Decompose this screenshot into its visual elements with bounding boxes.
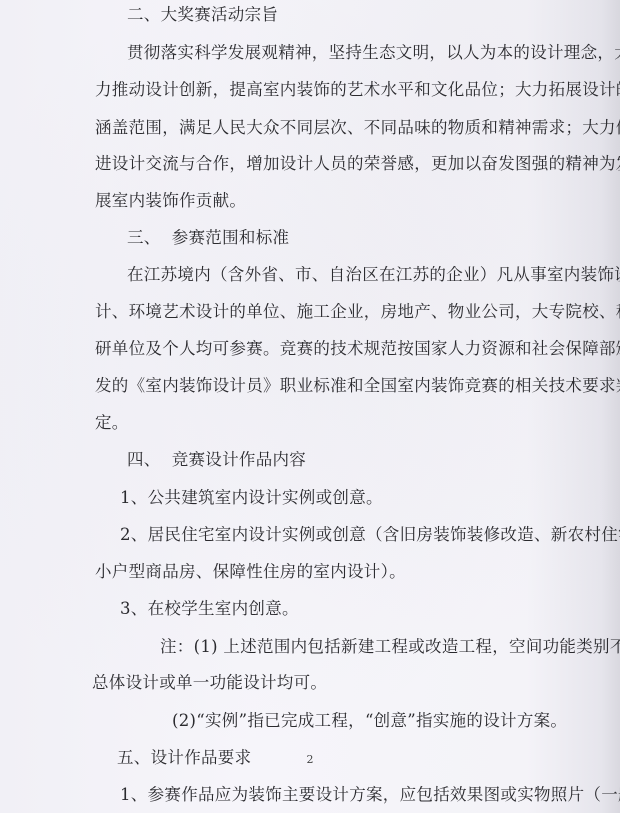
list-item-2: 2、居民住宅室内设计实例或创意（含旧房装饰装修改造、新农村住宅、 <box>120 524 620 546</box>
section-heading-3: 三、 参赛范围和标准 <box>127 227 289 249</box>
paragraph-line: 定。 <box>95 412 129 434</box>
section-heading-2: 二、大奖赛活动宗旨 <box>127 4 278 26</box>
paragraph-line: 研单位及个人均可参赛。竞赛的技术规范按国家人力资源和社会保障部颁 <box>95 338 620 360</box>
document-page: 二、大奖赛活动宗旨 贯彻落实科学发展观精神，坚持生态文明，以人为本的设计理念，大… <box>0 0 620 813</box>
paragraph-line: 贯彻落实科学发展观精神，坚持生态文明，以人为本的设计理念，大 <box>127 42 620 64</box>
paragraph-line: 在江苏境内（含外省、市、自治区在江苏的企业）凡从事室内装饰设 <box>127 264 620 286</box>
paragraph-line: 进设计交流与合作，增加设计人员的荣誉感，更加以奋发图强的精神为发 <box>95 153 620 175</box>
list-item-1: 1、公共建筑室内设计实例或创意。 <box>120 487 383 509</box>
list-item-2-continued: 小户型商品房、保障性住房的室内设计）。 <box>95 561 406 583</box>
note-1: 注：(1) 上述范围内包括新建工程或改造工程，空间功能类别不限， <box>160 636 620 658</box>
paragraph-line: 发的《室内装饰设计员》职业标准和全国室内装饰竞赛的相关技术要求判 <box>95 375 620 397</box>
list-item-3: 3、在校学生室内创意。 <box>120 598 299 620</box>
paragraph-line: 涵盖范围，满足人民大众不同层次、不同品味的物质和精神需求；大力促 <box>95 117 620 139</box>
paragraph-line: 力推动设计创新，提高室内装饰的艺术水平和文化品位；大力拓展设计的 <box>95 79 620 101</box>
note-1-continued: 总体设计或单一功能设计均可。 <box>92 672 327 694</box>
note-2: (2)“实例”指已完成工程，“创意”指实施的设计方案。 <box>172 710 567 732</box>
requirement-item-1: 1、参赛作品应为装饰主要设计方案，应包括效果图或实物照片（一般 <box>120 784 620 806</box>
paragraph-line: 展室内装饰作贡献。 <box>95 190 246 212</box>
section-heading-4: 四、 竞赛设计作品内容 <box>127 449 306 471</box>
paragraph-line: 计、环境艺术设计的单位、施工企业，房地产、物业公司，大专院校、科 <box>95 301 620 323</box>
page-number: 2 <box>0 753 620 766</box>
